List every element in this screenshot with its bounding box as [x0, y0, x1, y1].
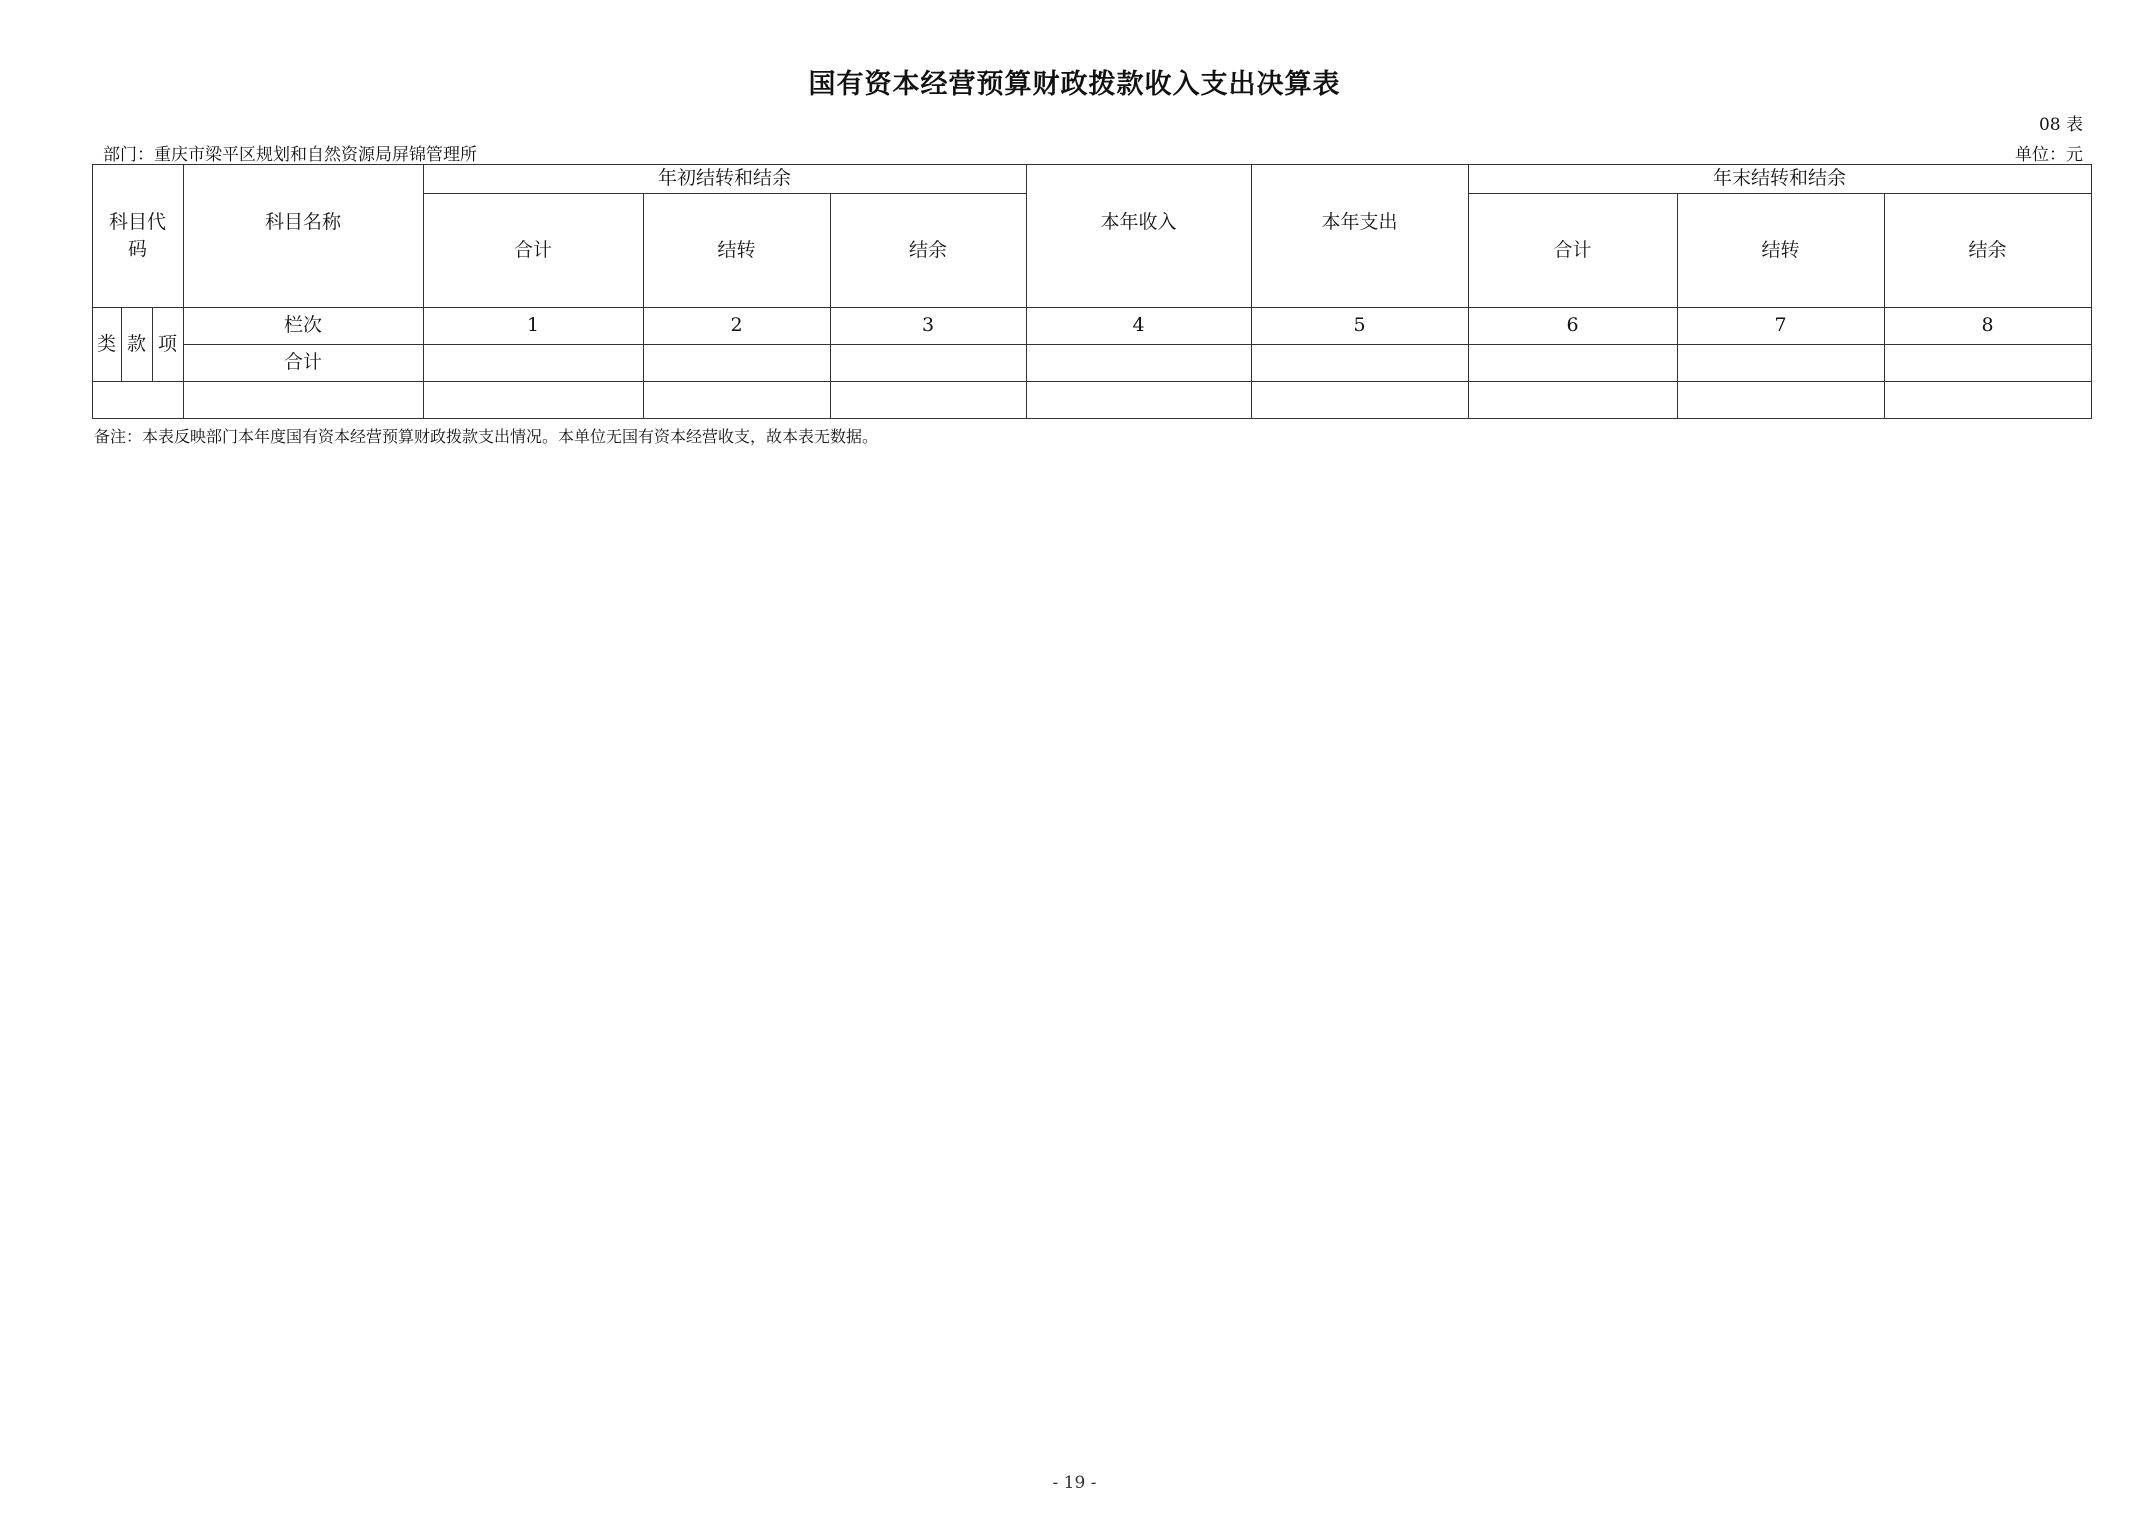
- header-subject-code: 科目代码: [92, 164, 183, 307]
- footnote: 备注：本表反映部门本年度国有资本经营预算财政拨款支出情况。本单位无国有资本经营收…: [94, 424, 878, 447]
- index-cell: 5: [1251, 307, 1468, 344]
- index-cell: 4: [1026, 307, 1251, 344]
- total-cell: [830, 344, 1026, 381]
- header-closing-group: 年末结转和结余: [1468, 164, 2091, 193]
- header-opening-total: 合计: [423, 193, 643, 307]
- code-part-category: 类: [92, 307, 121, 381]
- header-closing-total: 合计: [1468, 193, 1677, 307]
- total-cell: [1884, 344, 2091, 381]
- data-cell: [1026, 381, 1251, 418]
- total-cell: [1026, 344, 1251, 381]
- index-cell: 2: [643, 307, 830, 344]
- data-cell: [643, 381, 830, 418]
- header-subject-name: 科目名称: [183, 164, 423, 280]
- page-number: - 19 -: [0, 1473, 2149, 1493]
- header-opening-balance: 结余: [830, 193, 1026, 307]
- data-cell: [1251, 381, 1468, 418]
- data-cell: [830, 381, 1026, 418]
- code-part-item: 项: [152, 307, 183, 381]
- index-cell: 3: [830, 307, 1026, 344]
- index-row-label: 栏次: [183, 307, 423, 344]
- header-opening-carryover: 结转: [643, 193, 830, 307]
- form-number: 08 表: [2039, 110, 2083, 135]
- data-cell: [423, 381, 643, 418]
- header-current-expense: 本年支出: [1251, 164, 1468, 280]
- total-cell: [643, 344, 830, 381]
- page-title: 国有资本经营预算财政拨款收入支出决算表: [0, 62, 2149, 101]
- index-cell: 7: [1677, 307, 1884, 344]
- header-opening-group: 年初结转和结余: [423, 164, 1026, 193]
- index-cell: 1: [423, 307, 643, 344]
- total-cell: [1251, 344, 1468, 381]
- unit-label: 单位：元: [2015, 140, 2083, 165]
- data-cell: [1468, 381, 1677, 418]
- total-cell: [1677, 344, 1884, 381]
- header-subject-code-label: 科目代码: [103, 209, 173, 262]
- index-cell: 6: [1468, 307, 1677, 344]
- header-closing-balance: 结余: [1884, 193, 2091, 307]
- index-cell: 8: [1884, 307, 2091, 344]
- header-closing-carryover: 结转: [1677, 193, 1884, 307]
- total-row-label: 合计: [183, 344, 423, 381]
- total-cell: [1468, 344, 1677, 381]
- header-current-income: 本年收入: [1026, 164, 1251, 280]
- data-cell: [1677, 381, 1884, 418]
- data-cell: [1884, 381, 2091, 418]
- total-cell: [423, 344, 643, 381]
- code-part-section: 款: [121, 307, 152, 381]
- department-label: 部门：重庆市梁平区规划和自然资源局屏锦管理所: [103, 140, 477, 165]
